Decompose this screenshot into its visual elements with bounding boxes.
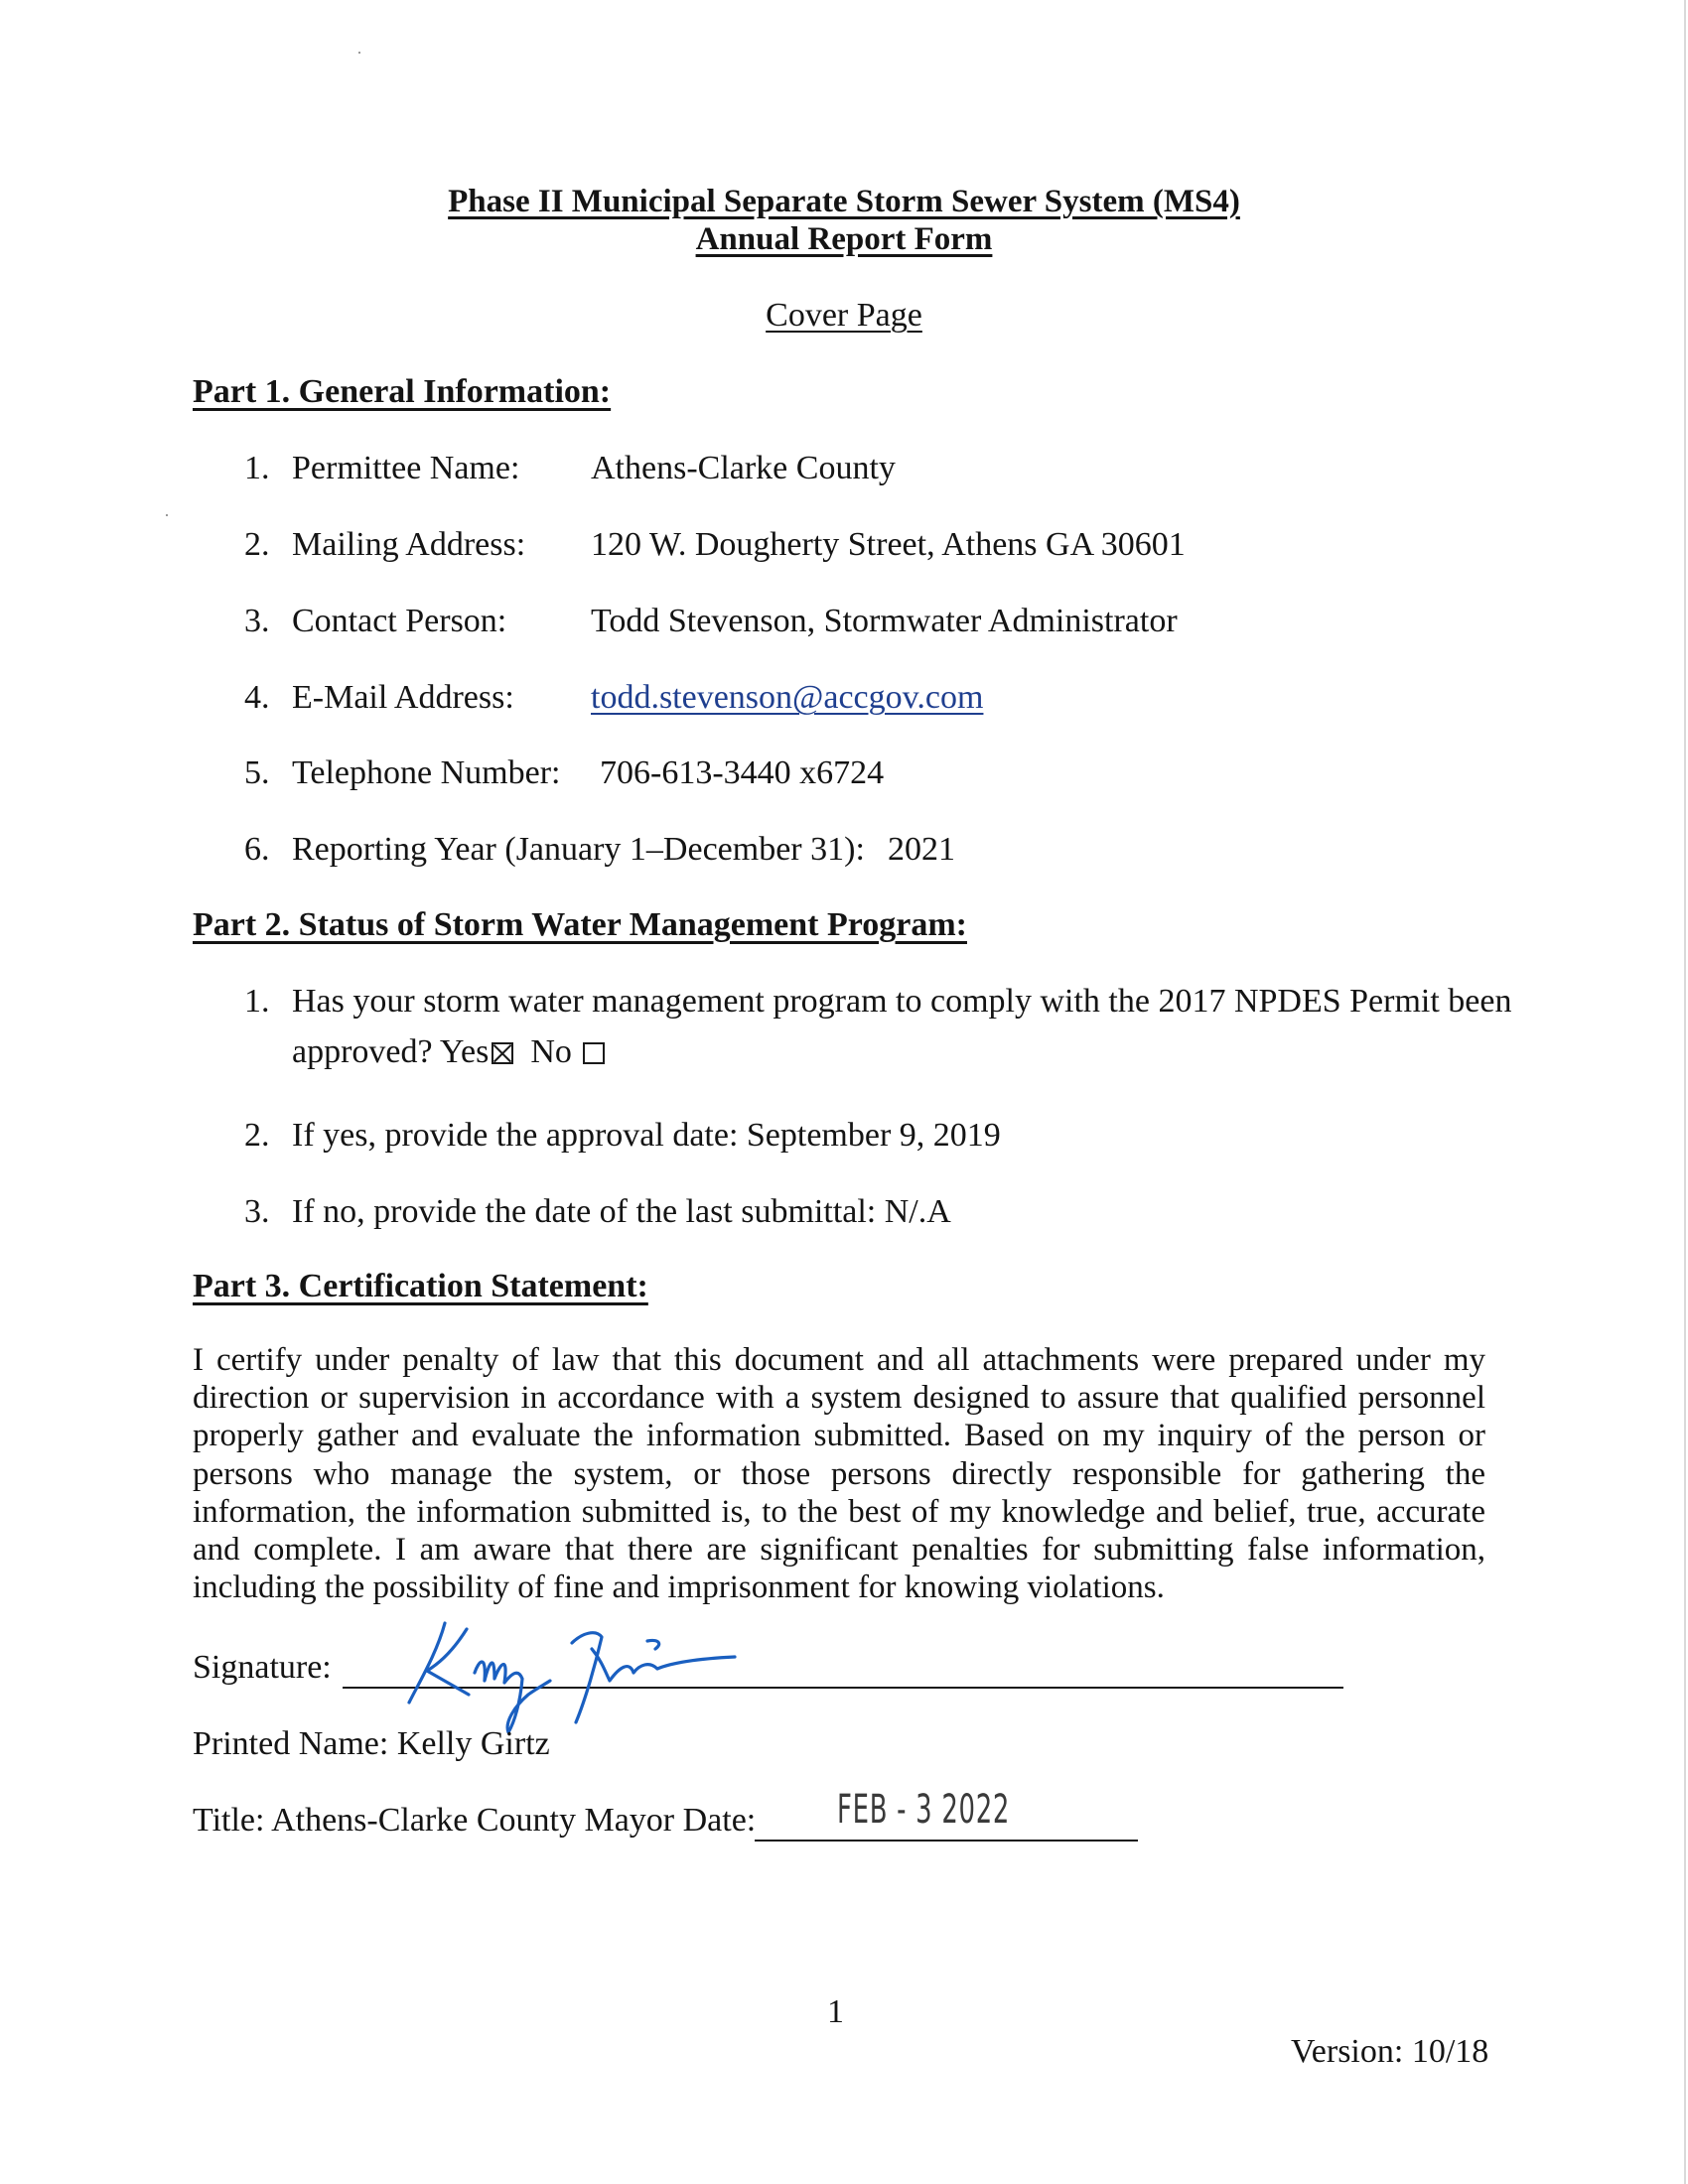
item-number: 5. <box>244 756 270 790</box>
yes-checkbox[interactable] <box>492 1042 513 1064</box>
yes-label: Yes <box>440 1033 489 1070</box>
permittee-name-value: Athens-Clarke County <box>591 452 896 485</box>
part1-heading: Part 1. General Information: <box>193 375 611 409</box>
reporting-year-label: Reporting Year (January 1–December 31): <box>292 833 865 867</box>
item-number: 3. <box>244 1195 270 1229</box>
telephone-value: 706-613-3440 x6724 <box>600 756 884 790</box>
document-title-line2: Annual Report Form <box>0 222 1688 256</box>
mailing-address-value: 120 W. Dougherty Street, Athens GA 30601 <box>591 528 1186 562</box>
item-number: 2. <box>244 1119 270 1153</box>
approval-date-text: If yes, provide the approval date: Septe… <box>292 1119 1001 1153</box>
signature-scrawl-icon <box>397 1603 854 1742</box>
contact-person-value: Todd Stevenson, Stormwater Administrator <box>591 605 1178 638</box>
scan-speck <box>166 514 168 516</box>
item-number: 4. <box>244 681 270 715</box>
page-number: 1 <box>827 1995 844 2029</box>
approval-question: Has your storm water management program … <box>292 985 1511 1019</box>
contact-person-label: Contact Person: <box>292 605 506 638</box>
scan-speck <box>358 52 360 54</box>
approval-answer-row: approved? Yes No <box>292 1035 605 1069</box>
no-checkbox[interactable] <box>583 1042 605 1064</box>
part3-heading: Part 3. Certification Statement: <box>193 1270 648 1303</box>
cover-page-subtitle: Cover Page <box>0 299 1688 333</box>
permittee-name-label: Permittee Name: <box>292 452 519 485</box>
date-stamp: FEB - 3 2022 <box>837 1787 1010 1833</box>
email-link[interactable]: todd.stevenson@accgov.com <box>591 681 983 715</box>
title-date-label: Title: Athens-Clarke County Mayor Date: <box>193 1804 756 1838</box>
part2-heading: Part 2. Status of Storm Water Management… <box>193 908 967 942</box>
approval-question-end: approved? <box>292 1033 433 1070</box>
certification-statement: I certify under penalty of law that this… <box>193 1341 1485 1606</box>
no-label: No <box>530 1033 572 1070</box>
item-number: 2. <box>244 528 270 562</box>
printed-name: Printed Name: Kelly Girtz <box>193 1727 550 1761</box>
document-title: Phase II Municipal Separate Storm Sewer … <box>0 185 1688 218</box>
item-number: 3. <box>244 605 270 638</box>
telephone-label: Telephone Number: <box>292 756 560 790</box>
reporting-year-value: 2021 <box>888 833 955 867</box>
item-number: 1. <box>244 985 270 1019</box>
mailing-address-label: Mailing Address: <box>292 528 525 562</box>
signature-label: Signature: <box>193 1651 332 1685</box>
item-number: 1. <box>244 452 270 485</box>
version-label: Version: 10/18 <box>1291 2035 1488 2069</box>
date-line[interactable] <box>755 1840 1138 1842</box>
last-submittal-text: If no, provide the date of the last subm… <box>292 1195 951 1229</box>
email-address-label: E-Mail Address: <box>292 681 514 715</box>
item-number: 6. <box>244 833 270 867</box>
